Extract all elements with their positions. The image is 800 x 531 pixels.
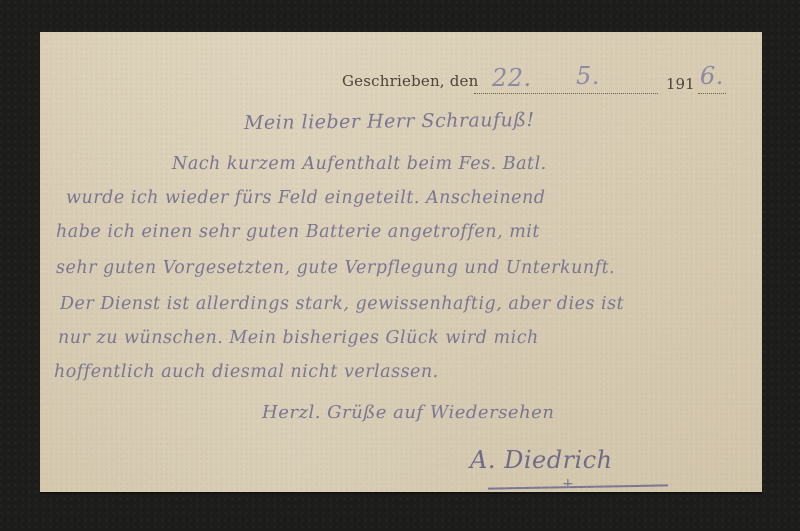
handwritten-year-suffix: 6. [700,62,724,90]
body-line: habe ich einen sehr guten Batterie anget… [56,222,540,242]
body-line: wurde ich wieder fürs Feld eingeteilt. A… [66,188,546,208]
body-line: hoffentlich auch diesmal nicht verlassen… [54,362,439,382]
date-dotted-line [474,93,658,94]
body-line: Nach kurzem Aufenthalt beim Fes. Batl. [172,154,547,174]
body-line: nur zu wünschen. Mein bisheriges Glück w… [58,328,539,348]
signature-underline [488,484,668,489]
closing-greeting: Herzl. Grüße auf Wiedersehen [262,402,554,423]
handwritten-date-month: 5. [576,62,600,90]
signature: A. Diedrich [470,446,613,474]
signature-flourish-icon: + [562,476,574,492]
printed-date-label: Geschrieben, den [342,72,478,90]
year-dotted-line [698,93,726,94]
handwritten-date-day: 22. [492,64,532,92]
salutation: Mein lieber Herr Schraufuß! [244,109,535,134]
body-line: Der Dienst ist allerdings stark, gewisse… [60,294,624,314]
body-line: sehr guten Vorgesetzten, gute Verpflegun… [56,258,615,278]
printed-year-prefix: 191 [666,75,695,93]
postcard: Geschrieben, den 191 22. 5. 6. Mein lieb… [40,32,762,492]
